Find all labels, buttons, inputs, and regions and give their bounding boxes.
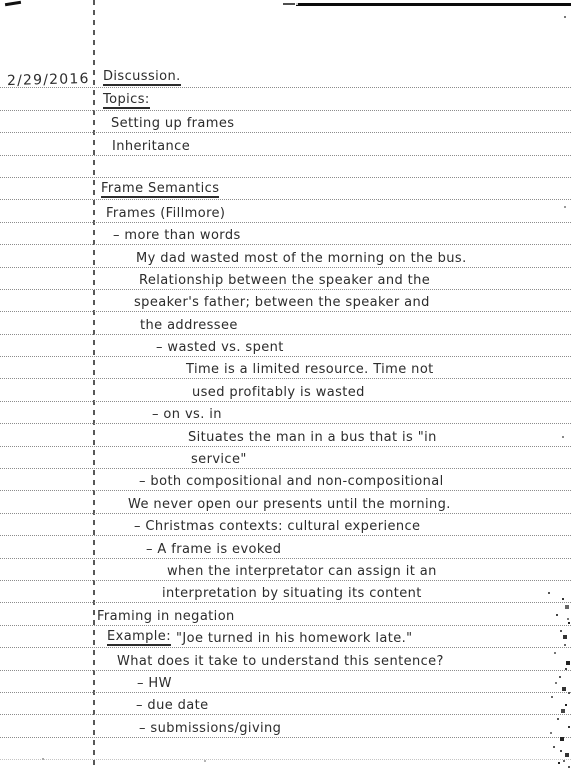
note-lines: Discussion. Topics: Setting up frames In…: [0, 66, 571, 760]
ruled-row-blank: [0, 738, 571, 760]
note-row: Setting up frames: [0, 111, 571, 133]
note-text: – HW: [137, 676, 172, 691]
note-text: Frames (Fillmore): [106, 206, 225, 221]
note-text: when the interpretator can assign it an: [167, 564, 437, 579]
scan-speckles: [548, 592, 550, 594]
note-text: What does it take to understand this sen…: [117, 654, 444, 669]
note-row: Frame Semantics: [0, 178, 571, 200]
note-text: Time is a limited resource. Time not: [186, 362, 434, 377]
note-text: We never open our presents until the mor…: [128, 497, 451, 512]
note-row: – HW: [0, 671, 571, 693]
note-text: My dad wasted most of the morning on the…: [136, 251, 467, 266]
scan-speckles-small: [564, 16, 566, 18]
note-text: – Christmas contexts: cultural experienc…: [134, 519, 420, 534]
notebook-page: 2/29/2016 Discussion. Topics: Setting up…: [0, 0, 571, 770]
scan-edge-line: [296, 3, 571, 6]
note-text: – on vs. in: [152, 407, 222, 422]
note-text-heading: Discussion.: [103, 69, 181, 86]
note-row: Example:"Joe turned in his homework late…: [0, 626, 571, 648]
note-row: Framing in negation: [0, 603, 571, 625]
note-row: – more than words: [0, 223, 571, 245]
note-text: interpretation by situating its content: [162, 586, 422, 601]
note-text: – A frame is evoked: [146, 542, 281, 557]
note-text: – more than words: [113, 228, 241, 243]
note-text: – submissions/giving: [139, 721, 281, 736]
note-text: – due date: [136, 698, 209, 713]
note-row: Discussion.: [0, 66, 571, 88]
note-text: "Joe turned in his homework late.": [176, 631, 413, 646]
note-text: service": [191, 452, 247, 467]
note-text: Framing in negation: [97, 609, 235, 624]
note-row: Situates the man in a bus that is "in: [0, 424, 571, 446]
note-row: the addressee: [0, 312, 571, 334]
note-row: service": [0, 447, 571, 469]
note-text: Setting up frames: [111, 116, 234, 131]
note-row: Time is a limited resource. Time not: [0, 357, 571, 379]
note-row: – Christmas contexts: cultural experienc…: [0, 514, 571, 536]
note-text: – wasted vs. spent: [156, 340, 284, 355]
note-row: – due date: [0, 693, 571, 715]
note-row: Inheritance: [0, 133, 571, 155]
note-text: the addressee: [140, 318, 238, 333]
note-row: when the interpretator can assign it an: [0, 559, 571, 581]
note-text: Situates the man in a bus that is "in: [188, 430, 437, 445]
note-text: used profitably is wasted: [192, 385, 365, 400]
note-row: Relationship between the speaker and the: [0, 268, 571, 290]
note-row: We never open our presents until the mor…: [0, 491, 571, 513]
note-text-heading: Frame Semantics: [101, 181, 219, 198]
note-text: – both compositional and non-composition…: [139, 474, 444, 489]
note-row: interpretation by situating its content: [0, 581, 571, 603]
note-row: used profitably is wasted: [0, 379, 571, 401]
note-row: – on vs. in: [0, 402, 571, 424]
note-row: – both compositional and non-composition…: [0, 469, 571, 491]
scan-edge-line-fuzz: [283, 3, 298, 5]
note-text: Inheritance: [112, 139, 190, 154]
note-text: Relationship between the speaker and the: [139, 273, 430, 288]
note-row: – wasted vs. spent: [0, 335, 571, 357]
note-text-label: Example:: [107, 629, 171, 646]
scan-mark: [5, 1, 21, 6]
ruled-row-blank: [0, 156, 571, 178]
note-row: My dad wasted most of the morning on the…: [0, 245, 571, 267]
note-row: What does it take to understand this sen…: [0, 648, 571, 670]
note-row: Topics:: [0, 88, 571, 110]
note-row: speaker's father; between the speaker an…: [0, 290, 571, 312]
note-row: – A frame is evoked: [0, 536, 571, 558]
note-text-heading: Topics:: [103, 92, 150, 109]
note-text: speaker's father; between the speaker an…: [134, 295, 430, 310]
note-row: – submissions/giving: [0, 715, 571, 737]
note-row: Frames (Fillmore): [0, 200, 571, 222]
